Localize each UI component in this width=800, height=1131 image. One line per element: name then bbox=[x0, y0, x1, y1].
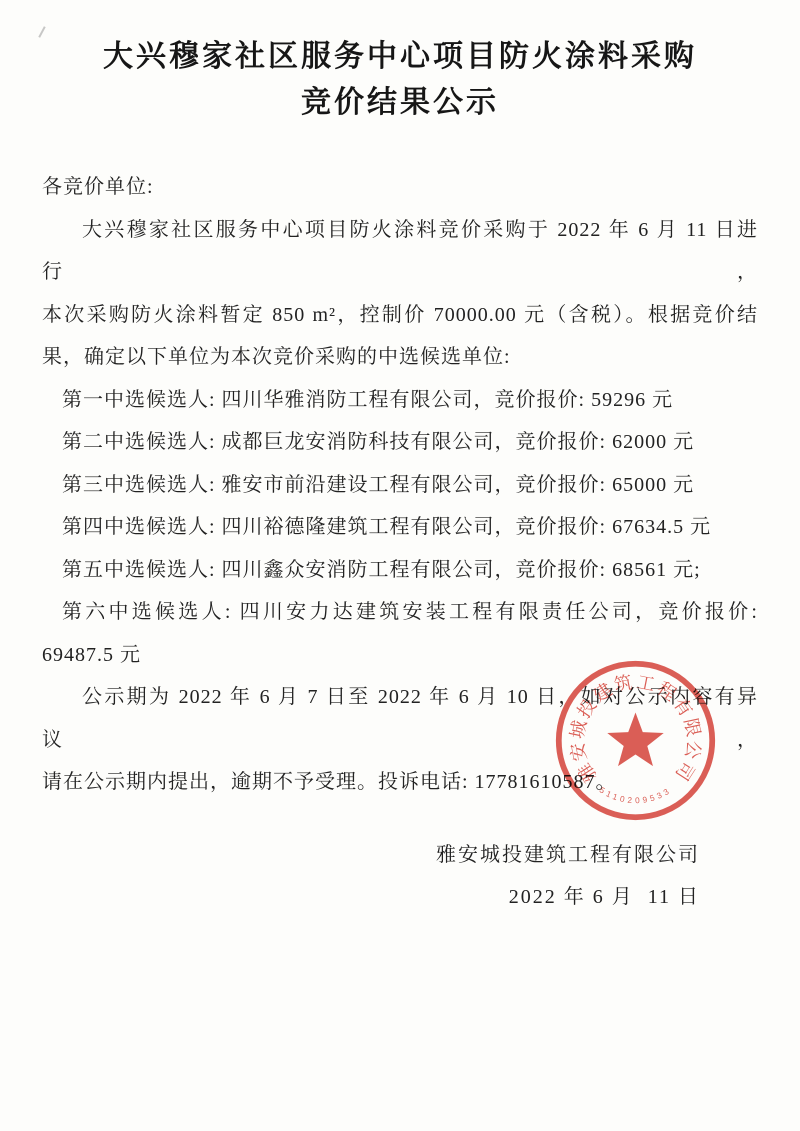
signature-date: 2022 年 6 月 11 日 bbox=[42, 876, 700, 918]
candidate-line-6: 第六中选候选人: 四川安力达建筑安装工程有限责任公司，竞价报价: bbox=[42, 591, 758, 634]
title-line-1: 大兴穆家社区服务中心项目防火涂料采购 bbox=[0, 34, 800, 80]
title-line-2: 竞价结果公示 bbox=[0, 80, 800, 126]
document-page: 大兴穆家社区服务中心项目防火涂料采购 竞价结果公示 各竞价单位: 大兴穆家社区服… bbox=[0, 0, 800, 1131]
candidate-line-2: 第二中选候选人: 成都巨龙安消防科技有限公司，竞价报价: 62000 元 bbox=[42, 421, 758, 464]
salutation: 各竞价单位: bbox=[42, 166, 758, 209]
notice-line-1: 公示期为 2022 年 6 月 7 日至 2022 年 6 月 10 日，如对公… bbox=[42, 676, 758, 761]
signature-company: 雅安城投建筑工程有限公司 bbox=[42, 834, 700, 876]
signature-block: 雅安城投建筑工程有限公司 2022 年 6 月 11 日 bbox=[42, 834, 758, 918]
candidate-line-1: 第一中选候选人: 四川华雅消防工程有限公司，竞价报价: 59296 元 bbox=[42, 379, 758, 422]
candidate-line-3: 第三中选候选人: 雅安市前沿建设工程有限公司，竞价报价: 65000 元 bbox=[42, 464, 758, 507]
doc-body: 各竞价单位: 大兴穆家社区服务中心项目防火涂料竞价采购于 2022 年 6 月 … bbox=[42, 166, 758, 918]
intro-line-3: 果，确定以下单位为本次竞价采购的中选候选单位: bbox=[42, 336, 758, 379]
intro-line-2: 本次采购防火涂料暂定 850 m²，控制价 70000.00 元（含税）。根据竞… bbox=[42, 294, 758, 337]
candidate-line-5: 第五中选候选人: 四川鑫众安消防工程有限公司，竞价报价: 68561 元; bbox=[42, 549, 758, 592]
notice-line-2: 请在公示期内提出，逾期不予受理。投诉电话: 17781610587。 bbox=[42, 761, 758, 804]
intro-line-1: 大兴穆家社区服务中心项目防火涂料竞价采购于 2022 年 6 月 11 日进行， bbox=[42, 209, 758, 294]
candidate-line-4: 第四中选候选人: 四川裕德隆建筑工程有限公司，竞价报价: 67634.5 元 bbox=[42, 506, 758, 549]
doc-title: 大兴穆家社区服务中心项目防火涂料采购 竞价结果公示 bbox=[0, 0, 800, 126]
candidate-line-6-overflow: 69487.5 元 bbox=[42, 634, 758, 677]
